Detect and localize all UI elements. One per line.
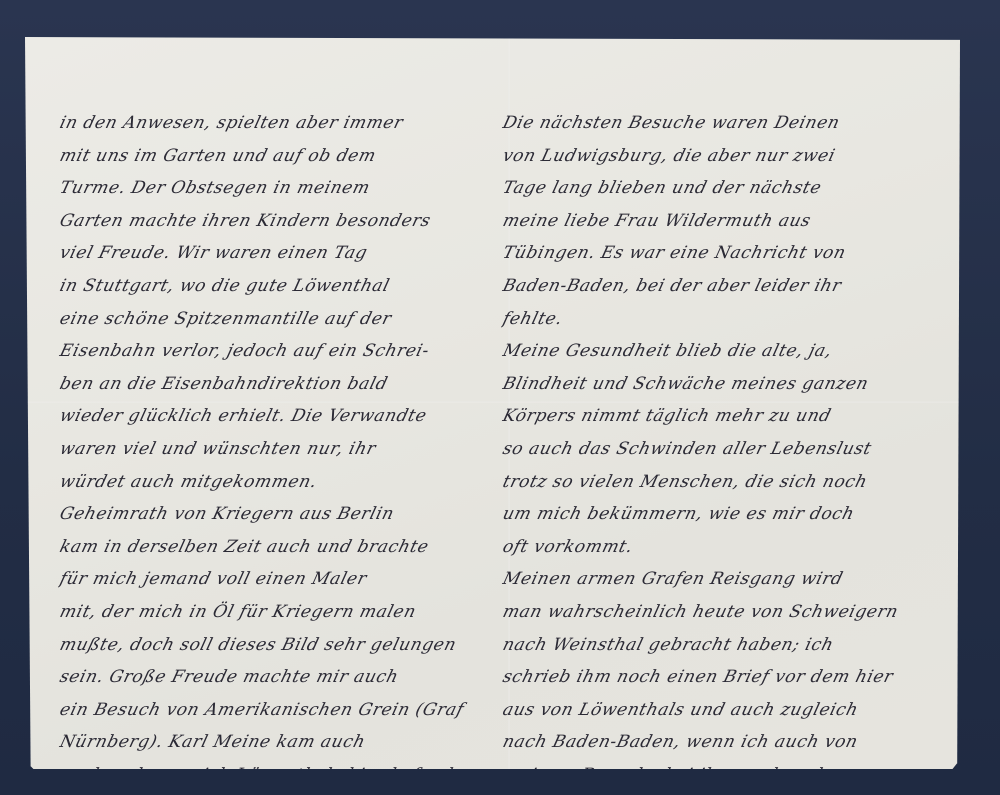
handwritten-line: Turme. Der Obstsegen in meinem: [56, 172, 509, 205]
handwritten-line: ein Besuch von Amerikanischen Grein (Gra…: [56, 694, 509, 727]
handwritten-line: Tübingen. Es war eine Nachricht von: [499, 237, 952, 270]
handwritten-line: Baden-Baden, bei der aber leider ihr: [499, 270, 952, 303]
handwritten-line: Nürnberg). Karl Meine kam auch: [56, 726, 509, 759]
handwritten-line: viel Freude. Wir waren einen Tag: [56, 237, 509, 270]
handwritten-line: mit uns im Garten und auf ob dem: [56, 140, 509, 173]
handwritten-line: waren viel und wünschten nur, ihr: [56, 433, 509, 466]
handwritten-line: mit, der mich in Öl für Kriegern malen: [56, 596, 509, 629]
left-page-text: in den Anwesen, spielten aber immer mit …: [60, 107, 505, 791]
handwritten-line: aus von Löwenthals und auch zugleich: [499, 694, 952, 727]
handwritten-line: Eisenbahn verlor, jedoch auf ein Schrei-: [56, 335, 509, 368]
handwritten-line: würdet auch mitgekommen.: [56, 466, 509, 499]
handwritten-line: trotz so vielen Menschen, die sich noch: [499, 466, 952, 499]
handwritten-line: kam in derselben Zeit auch und brachte: [56, 531, 509, 564]
handwritten-line: Die nächsten Besuche waren Deinen: [499, 107, 952, 140]
handwritten-line: in Stuttgart, wo die gute Löwenthal: [56, 270, 509, 303]
handwritten-line: in den Anwesen, spielten aber immer: [56, 107, 509, 140]
handwritten-line: wieder glücklich erhielt. Die Verwandte: [56, 400, 509, 433]
handwritten-line: um mich bekümmern, wie es mir doch: [499, 498, 952, 531]
handwritten-line: von Ludwigsburg, die aber nur zwei: [499, 140, 952, 173]
handwritten-line: Meine Gesundheit blieb die alte, ja,: [499, 335, 952, 368]
handwritten-line: so auch das Schwinden aller Lebenslust: [499, 433, 952, 466]
handwritten-line: nach Weinsthal gebracht haben; ich: [499, 629, 952, 662]
handwritten-line: mußte, doch soll dieses Bild sehr gelung…: [56, 629, 509, 662]
handwritten-line: Tage lang blieben und der nächste: [499, 172, 952, 205]
handwritten-line: oft vorkommt.: [499, 531, 952, 564]
handwritten-line: sein. Große Freude machte mir auch: [56, 661, 509, 694]
handwritten-line: nach Baden-Baden, wenn ich auch von: [499, 726, 952, 759]
handwritten-line: eine schöne Spitzenmantille auf der: [56, 303, 509, 336]
handwritten-line: schrieb ihm noch einen Brief vor dem hie…: [499, 661, 952, 694]
handwritten-line: ben an die Eisenbahndirektion bald: [56, 368, 509, 401]
handwritten-line: meine liebe Frau Wildermuth aus: [499, 205, 952, 238]
handwritten-line: man wahrscheinlich heute von Schweigern: [499, 596, 952, 629]
handwritten-line: Garten machte ihren Kindern besonders: [56, 205, 509, 238]
handwritten-line: für mich jemand voll einen Maler: [56, 563, 509, 596]
right-page-text: Die nächsten Besuche waren Deinen von Lu…: [503, 107, 948, 791]
letter-sheet: in den Anwesen, spielten aber immer mit …: [25, 37, 960, 769]
handwritten-line: Blindheit und Schwäche meines ganzen: [499, 368, 952, 401]
handwritten-line: fehlte.: [499, 303, 952, 336]
handwritten-line: Körpers nimmt täglich mehr zu und: [499, 400, 952, 433]
handwritten-line: Meinen armen Grafen Reisgang wird: [499, 563, 952, 596]
handwritten-line: Geheimrath von Kriegern aus Berlin: [56, 498, 509, 531]
